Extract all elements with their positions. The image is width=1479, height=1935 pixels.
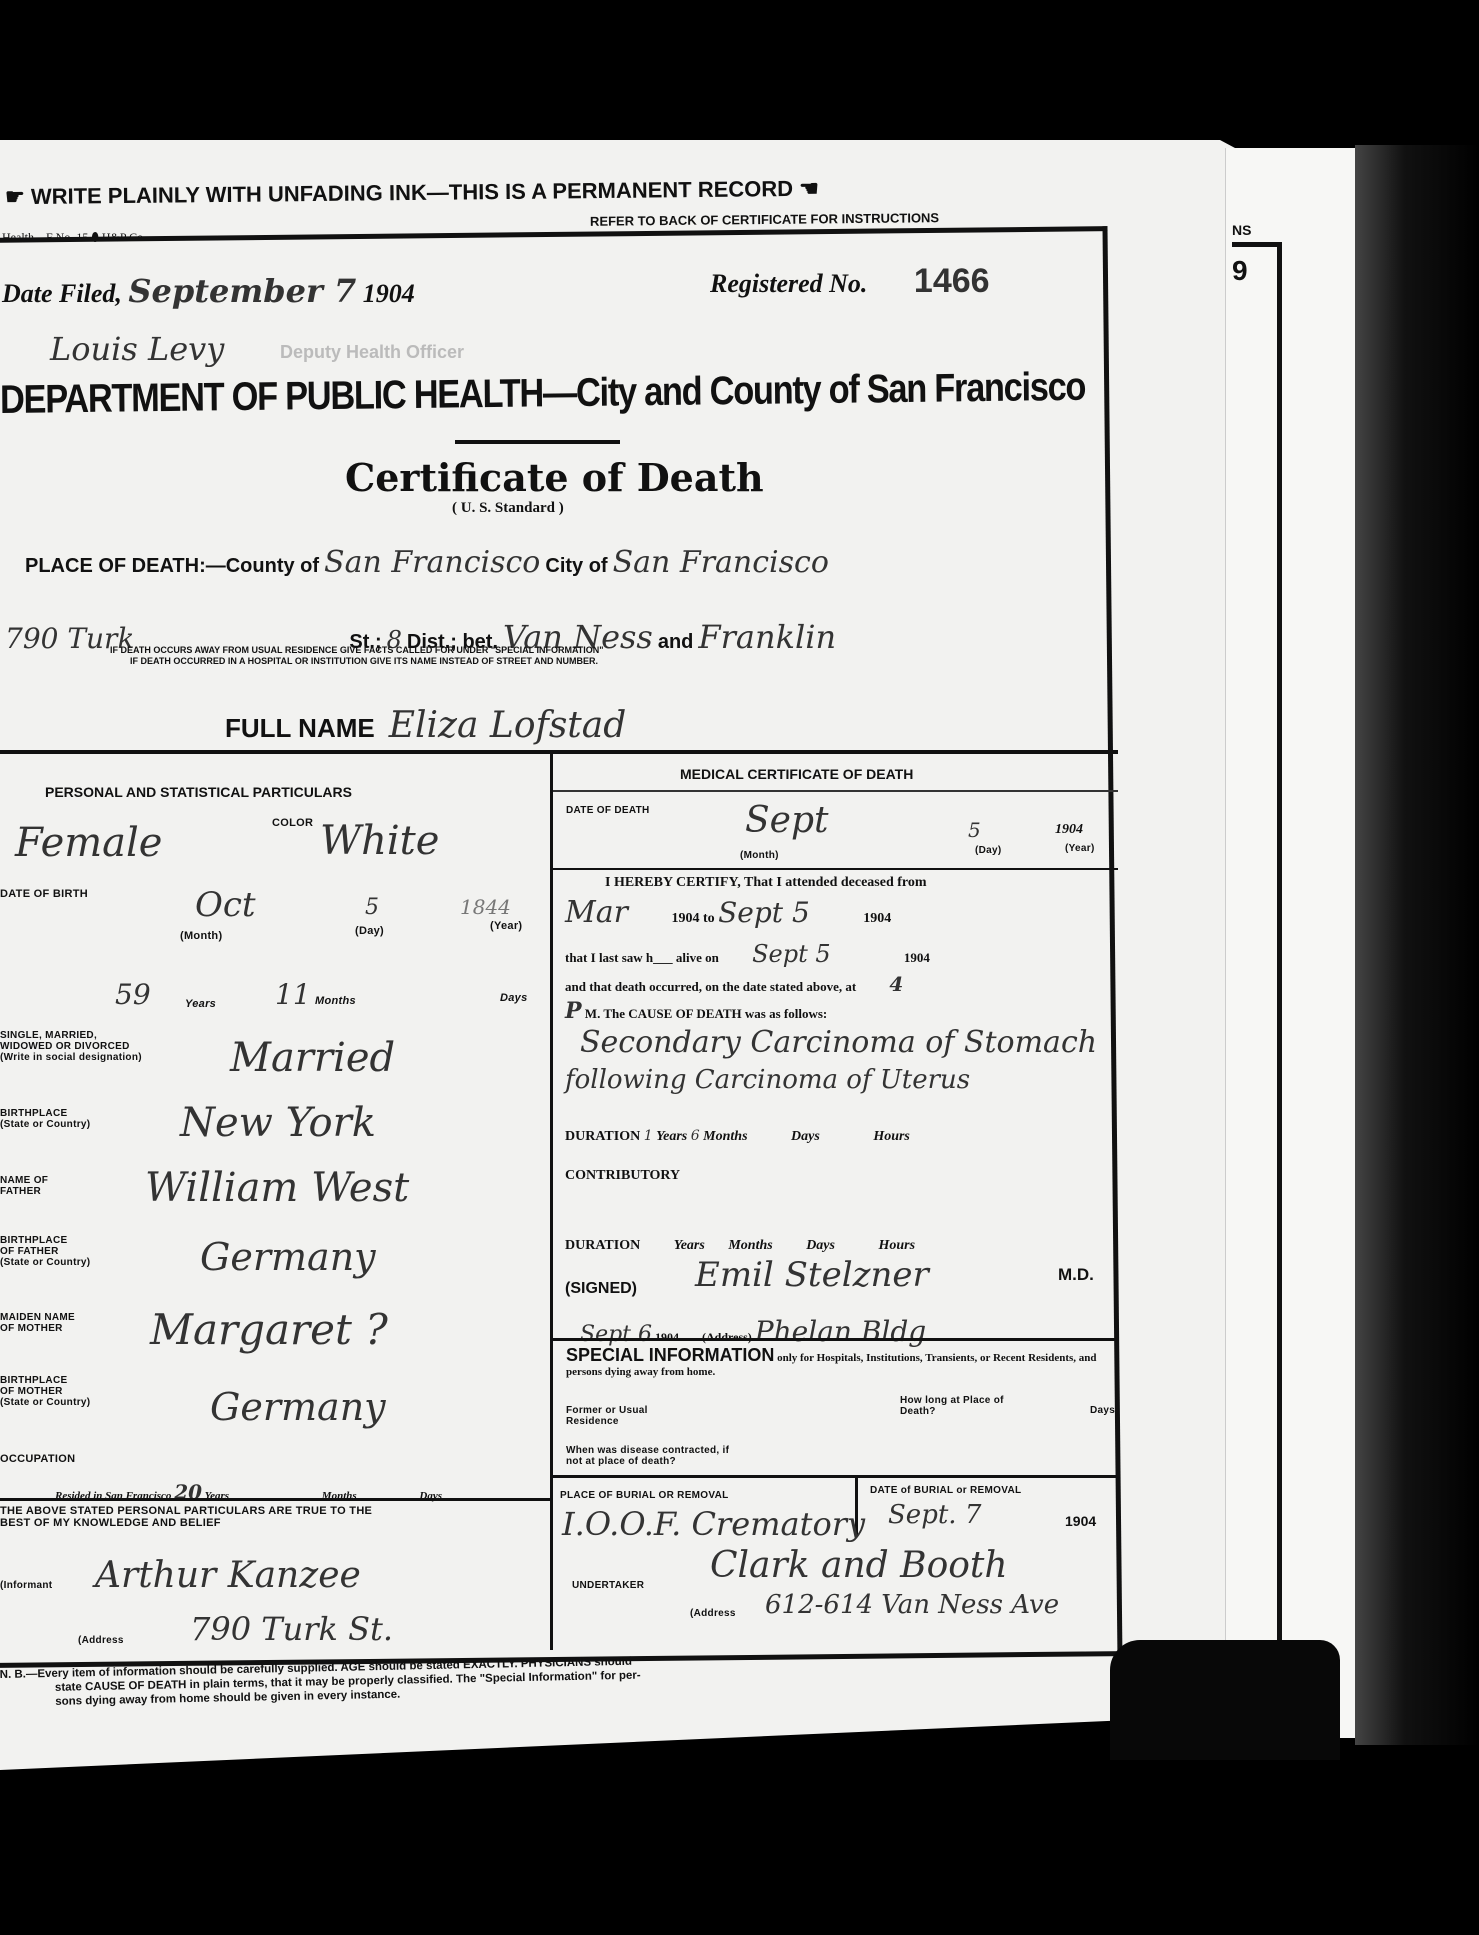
signed-label: (SIGNED) <box>565 1280 637 1298</box>
birthplace-value: New York <box>180 1100 376 1146</box>
attestation: THE ABOVE STATED PERSONAL PARTICULARS AR… <box>0 1505 372 1529</box>
officer-title: Deputy Health Officer <box>280 342 464 363</box>
divider <box>455 440 620 444</box>
contributory-label: CONTRIBUTORY <box>565 1168 680 1184</box>
divider <box>553 868 1118 870</box>
month-caption: (Month) <box>740 850 779 861</box>
father-value: William West <box>145 1165 409 1211</box>
day-caption: (Day) <box>355 925 384 937</box>
pointing-hand-icon: ☚ <box>793 176 819 201</box>
age-months: 11 <box>275 978 311 1011</box>
divider <box>553 1475 1118 1478</box>
place-note: IF DEATH OCCURS AWAY FROM USUAL RESIDENC… <box>110 645 604 667</box>
burial-date-label: DATE of BURIAL or REMOVAL <box>870 1485 1021 1496</box>
undertaker-value: Clark and Booth <box>710 1545 1008 1586</box>
adjacent-fragment-number: 9 <box>1232 255 1248 287</box>
place-of-death: PLACE OF DEATH:—County of San Francisco … <box>25 545 829 580</box>
cause-primary: Secondary Carcinoma of Stomach <box>580 1025 1097 1060</box>
mother-birthplace-value: Germany <box>210 1385 386 1429</box>
thumb-shadow <box>1110 1640 1340 1760</box>
signed-date-row: Sept 6 1904 (Address) Phelan Bldg <box>580 1315 926 1348</box>
medical-heading: MEDICAL CERTIFICATE OF DEATH <box>680 766 913 782</box>
days-caption: Days <box>500 992 528 1004</box>
mother-birthplace-label: BIRTHPLACEOF MOTHER(State or Country) <box>0 1375 90 1408</box>
year-caption: (Year) <box>1065 843 1095 854</box>
certify-text: I HEREBY CERTIFY, That I attended deceas… <box>605 875 927 891</box>
burial-year: 1904 <box>1065 1513 1096 1529</box>
dod-day: 5 <box>968 818 981 842</box>
informant-label: (Informant <box>0 1580 52 1591</box>
special-info: SPECIAL INFORMATION only for Hospitals, … <box>566 1345 1126 1378</box>
occupation-label: OCCUPATION <box>0 1453 75 1465</box>
dod-month: Sept <box>745 800 828 841</box>
informant-value: Arthur Kanzee <box>95 1555 361 1596</box>
marital-label: SINGLE, MARRIED,WIDOWED OR DIVORCED(Writ… <box>0 1030 142 1063</box>
father-birthplace-value: Germany <box>200 1235 376 1279</box>
last-saw: that I last saw h___ alive on Sept 5 190… <box>565 940 930 968</box>
divider <box>0 1498 550 1501</box>
duration-row: DURATION 1 Years 6 Months Days Hours <box>565 1128 910 1145</box>
death-time: and that death occurred, on the date sta… <box>565 972 903 996</box>
mother-value: Margaret ? <box>150 1305 388 1354</box>
date-filed: Date Filed, September 7 1904 <box>2 272 415 310</box>
informant-address-value: 790 Turk St. <box>190 1610 393 1648</box>
birthplace-label: BIRTHPLACE(State or Country) <box>0 1108 90 1130</box>
column-divider <box>550 750 553 1650</box>
burial-place-value: I.O.O.F. Crematory <box>562 1505 865 1543</box>
certificate-title: Certificate of Death <box>345 455 764 500</box>
officer-signature: Louis Levy <box>50 330 224 368</box>
md-label: M.D. <box>1058 1265 1094 1285</box>
color-label: COLOR <box>272 817 313 829</box>
pointing-hand-icon: ☛ <box>5 184 31 209</box>
dob-year: 1844 <box>460 895 511 919</box>
months-caption: Months <box>315 995 356 1007</box>
mother-label: MAIDEN NAMEOF MOTHER <box>0 1312 75 1334</box>
undertaker-address-value: 612-614 Van Ness Ave <box>765 1590 1059 1620</box>
month-caption: (Month) <box>180 930 222 942</box>
age-years: 59 <box>115 978 151 1011</box>
father-label: NAME OFFATHER <box>0 1175 48 1197</box>
years-caption: Years <box>185 998 216 1010</box>
sex-value: Female <box>15 820 162 866</box>
contracted-label: When was disease contracted, if not at p… <box>566 1445 736 1467</box>
dod-year: 1904 <box>1055 822 1083 838</box>
undertaker-label: UNDERTAKER <box>572 1580 644 1591</box>
page-shadow <box>1355 145 1479 1745</box>
dob-day: 5 <box>365 895 379 920</box>
attended-range: Mar 1904 to Sept 5 1904 <box>565 895 891 930</box>
physician-signature: Emil Stelzner <box>695 1255 929 1295</box>
duration-row-2: DURATION Years Months Days Hours <box>565 1238 915 1254</box>
divider <box>0 750 1118 754</box>
adjacent-form-border <box>1232 242 1282 1672</box>
year-caption: (Year) <box>490 920 522 932</box>
father-birthplace-label: BIRTHPLACEOF FATHER(State or Country) <box>0 1235 90 1268</box>
registered-no: Registered No. 1466 <box>710 262 990 301</box>
cause-label: P M. The CAUSE OF DEATH was as follows: <box>565 998 827 1024</box>
dod-label: DATE OF DEATH <box>566 805 650 816</box>
informant-address-label: (Address <box>78 1635 124 1646</box>
burial-place-label: PLACE OF BURIAL OR REMOVAL <box>560 1490 729 1501</box>
undertaker-address-label: (Address <box>690 1608 736 1619</box>
divider <box>553 790 1118 792</box>
personal-heading: PERSONAL AND STATISTICAL PARTICULARS <box>45 784 352 800</box>
divider <box>553 1338 1118 1341</box>
full-name: FULL NAME Eliza Lofstad <box>225 705 626 746</box>
marital-value: Married <box>230 1035 395 1081</box>
color-value: White <box>320 818 439 864</box>
former-residence-label: Former or Usual Residence <box>566 1405 666 1427</box>
how-long-label: How long at Place of Death? <box>900 1395 1010 1417</box>
dob-label: DATE OF BIRTH <box>0 888 88 900</box>
dob-month: Oct <box>195 885 256 925</box>
cause-secondary: following Carcinoma of Uterus <box>565 1065 970 1095</box>
burial-date-value: Sept. 7 <box>888 1500 981 1530</box>
adjacent-fragment-text: NS <box>1232 222 1251 238</box>
certificate-subtitle: ( U. S. Standard ) <box>452 500 564 517</box>
days-caption: Days <box>1090 1405 1115 1416</box>
day-caption: (Day) <box>975 845 1002 856</box>
